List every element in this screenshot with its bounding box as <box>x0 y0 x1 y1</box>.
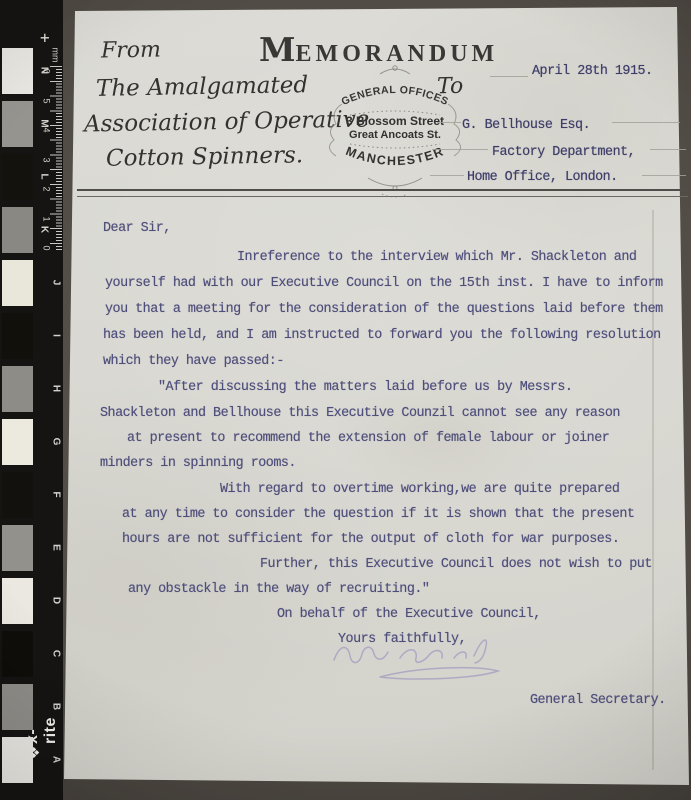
ruler-number-5: 5 <box>42 98 52 103</box>
grayscale-patch-J <box>2 260 33 306</box>
patch-letter-K: K <box>39 224 50 236</box>
body-line: at any time to consider the question if … <box>122 507 634 522</box>
letterhead-rule <box>430 175 464 176</box>
letterhead-divider-rule <box>77 189 688 197</box>
ruler-number-4: 4 <box>42 127 52 132</box>
body-line: Shackleton and Bellhouse this Executive … <box>100 406 620 421</box>
patch-letter-L: L <box>39 171 50 183</box>
letterhead-rule <box>612 122 680 123</box>
letterhead-rule <box>490 76 528 77</box>
body-line: With regard to overtime working,we are q… <box>220 482 619 497</box>
grayscale-patch-B <box>2 684 33 730</box>
signature-handwriting <box>322 632 537 692</box>
letterhead-rule <box>437 122 461 123</box>
patch-letter-B: B <box>51 701 62 713</box>
from-label: From <box>101 37 161 63</box>
grayscale-patch-G <box>2 419 33 465</box>
grayscale-patch-M <box>2 101 33 147</box>
registration-cross-icon: + <box>40 28 50 47</box>
patch-letter-A: A <box>51 754 62 766</box>
patch-letter-G: G <box>51 436 62 448</box>
body-line: "After discussing the matters laid befor… <box>158 380 572 395</box>
patch-letter-I: I <box>51 330 62 342</box>
ruler-number-3: 3 <box>42 157 52 162</box>
recipient-line: Home Office, London. <box>467 170 618 185</box>
organisation-line: Cotton Spinners. <box>106 142 304 171</box>
closing-line: On behalf of the Executive Council, <box>277 607 541 622</box>
letter-content: From The Amalgamated Association of Oper… <box>0 0 691 800</box>
organisation-line: The Amalgamated <box>96 72 309 102</box>
letterhead-rule <box>432 149 488 150</box>
patch-letter-H: H <box>51 383 62 395</box>
letter-date: April 28th 1915. <box>532 64 653 79</box>
crest-general-offices: GENERAL OFFICES <box>340 84 451 108</box>
recipient-line: G. Bellhouse Esq. <box>462 118 590 133</box>
grayscale-patch-N <box>2 48 33 94</box>
grayscale-patch-I <box>2 313 33 359</box>
body-line: yourself had with our Executive Council … <box>105 276 663 291</box>
crest-street-line2: Great Ancoats St. <box>349 129 441 141</box>
grayscale-patch-H <box>2 366 33 412</box>
patch-letter-D: D <box>51 595 62 607</box>
ruler-number-2: 2 <box>42 186 52 191</box>
patch-letter-J: J <box>51 277 62 289</box>
grayscale-patch-D <box>2 578 33 624</box>
body-line: any obstackle in the way of recruiting." <box>128 582 429 597</box>
patch-letter-C: C <box>51 648 62 660</box>
recipient-line: Factory Department, <box>492 145 635 160</box>
crest-street-line: 3 Blossom Street <box>346 114 444 128</box>
ruler-number-6: 6 <box>42 68 52 73</box>
body-line: at present to recommend the extension of… <box>127 431 609 446</box>
body-line: hours are not sufficient for the output … <box>122 532 619 547</box>
body-line: you that a meeting for the consideration… <box>105 302 663 317</box>
body-line: Further, this Executive Council does not… <box>260 557 652 572</box>
ruler-major-ticks <box>50 66 62 252</box>
grayscale-patch-L <box>2 154 33 200</box>
body-line: minders in spinning rooms. <box>100 456 296 471</box>
salutation: Dear Sir, <box>103 221 171 236</box>
ornate-initial: M <box>259 30 296 69</box>
grayscale-patch-K <box>2 207 33 253</box>
scanned-memorandum-photo: + mm x-rite ❖ + NMLKJIHGFEDCBA6543210 Fr… <box>0 0 691 800</box>
patch-letter-E: E <box>51 542 62 554</box>
letterhead-rule <box>642 175 686 176</box>
grayscale-patch-E <box>2 525 33 571</box>
grayscale-patch-C <box>2 631 33 677</box>
ruler-unit-label: mm <box>51 48 61 63</box>
crest-general-offices-text: GENERAL OFFICES <box>340 84 451 108</box>
body-line: which they have passed:- <box>103 354 284 369</box>
body-line: Inreference to the interview which Mr. S… <box>237 250 636 265</box>
to-label: To <box>437 74 464 99</box>
grayscale-patch-A <box>2 737 33 783</box>
letterhead-rule <box>650 149 686 150</box>
grayscale-patch-F <box>2 472 33 518</box>
signoff-title: General Secretary. <box>530 693 666 708</box>
patch-letter-F: F <box>51 489 62 501</box>
body-line: has been held, and I am instructed to fo… <box>103 328 661 343</box>
calibration-strip: + mm x-rite ❖ + NMLKJIHGFEDCBA6543210 <box>0 0 63 800</box>
ruler-number-1: 1 <box>42 216 52 221</box>
ruler-number-0: 0 <box>42 245 52 250</box>
